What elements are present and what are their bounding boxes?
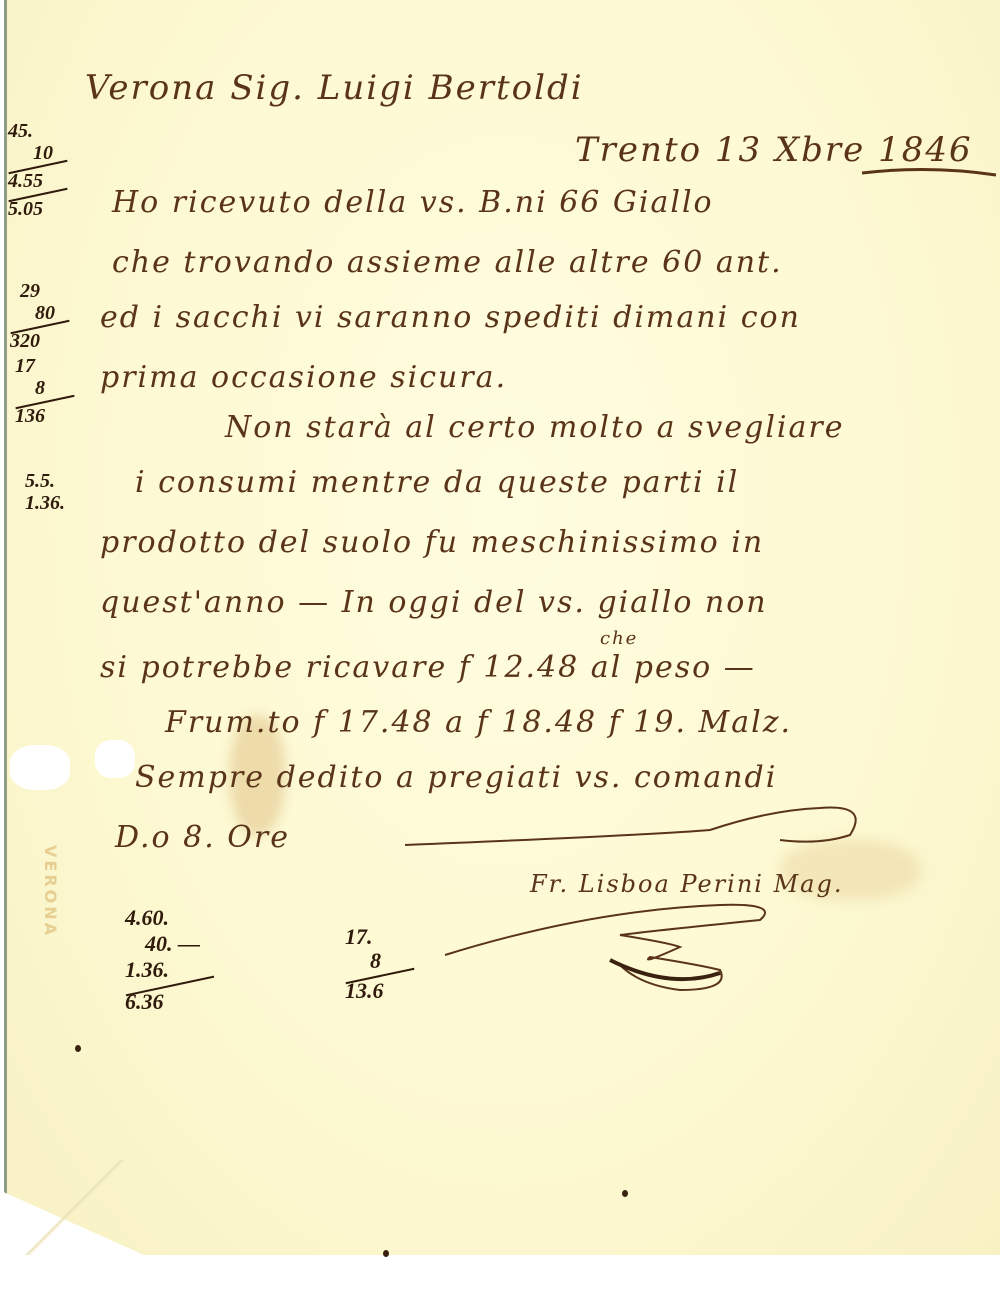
folded-corner bbox=[4, 1160, 144, 1255]
ink-spot bbox=[75, 1045, 81, 1052]
body-line: D.o 8. Ore bbox=[115, 820, 290, 855]
signature-flourish bbox=[440, 895, 820, 995]
body-line: i consumi mentre da queste parti il bbox=[135, 465, 739, 500]
signature: Fr. Lisboa Perini Mag. bbox=[530, 870, 843, 898]
body-line: prodotto del suolo fu meschinissimo in bbox=[100, 525, 764, 560]
faded-postal-stamp: VERONA bbox=[41, 845, 60, 938]
margin-calc: 5.5. 1.36. bbox=[25, 470, 65, 514]
paper-hole bbox=[95, 740, 135, 778]
margin-calc: 17 8 136 bbox=[15, 355, 75, 427]
bottom-calc-left: 4.60. 40. — 1.36. 6.36 bbox=[125, 905, 215, 1015]
margin-calc: 29 80 320 bbox=[10, 280, 70, 352]
margin-calc: 45. 10 4.55 5.05 bbox=[8, 120, 68, 220]
body-line: Frum.to f 17.48 a f 18.48 f 19. Malz. bbox=[165, 705, 792, 740]
ink-spot bbox=[383, 1250, 389, 1257]
body-line: quest'anno — In oggi del vs. giallo non bbox=[100, 585, 768, 620]
body-line: Ho ricevuto della vs. B.ni 66 Giallo bbox=[112, 185, 714, 220]
body-line: prima occasione sicura. bbox=[100, 360, 507, 395]
bottom-calc-right: 17. 8 13.6 bbox=[345, 925, 415, 1003]
date-underline bbox=[860, 165, 1000, 179]
above-line-note: che bbox=[600, 628, 638, 649]
body-line: che trovando assieme alle altre 60 ant. bbox=[112, 245, 783, 280]
body-line: Sempre dedito a pregiati vs. comandi bbox=[135, 760, 777, 795]
addressee: Verona Sig. Luigi Bertoldi bbox=[85, 68, 584, 108]
closing-flourish bbox=[400, 800, 960, 860]
ink-spot bbox=[622, 1190, 628, 1197]
body-line: si potrebbe ricavare f 12.48 al peso — bbox=[100, 650, 756, 685]
place-date: Trento 13 Xbre 1846 bbox=[575, 130, 973, 170]
body-line: ed i sacchi vi saranno spediti dimani co… bbox=[100, 300, 801, 335]
body-line: Non starà al certo molto a svegliare bbox=[225, 410, 845, 445]
paper-hole bbox=[10, 745, 70, 790]
